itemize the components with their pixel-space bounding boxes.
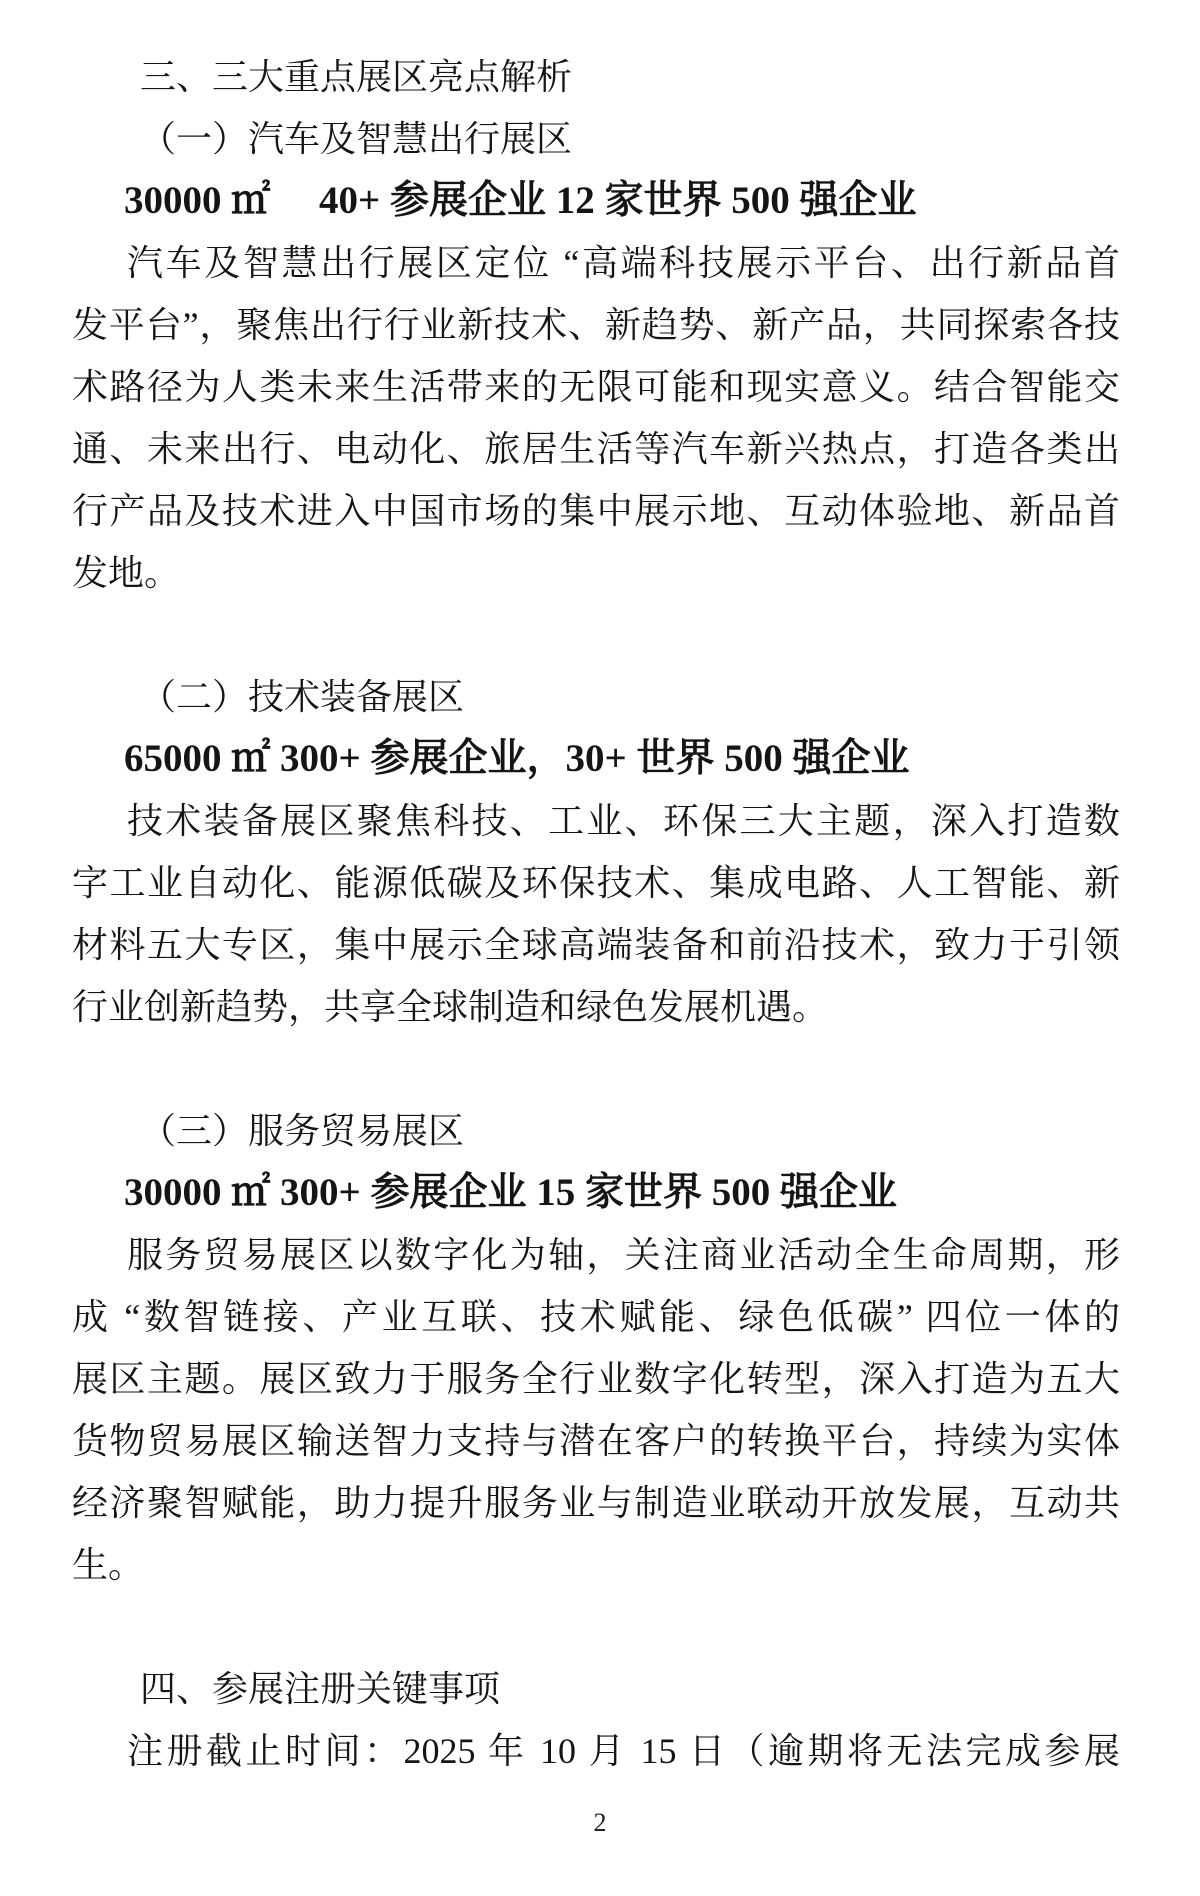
text-line: （二）技术装备展区 [72,666,1120,728]
text-line: 四、参展注册关键事项 [72,1658,1120,1720]
text-line: （三）服务贸易展区 [72,1100,1120,1162]
text-line: （一）汽车及智慧出行展区 [72,108,1120,170]
text-line: 发地。 [72,542,1120,604]
text-line: 65000 ㎡ 300+ 参展企业，30+ 世界 500 强企业 [72,728,1120,790]
text-line: 技术装备展区聚焦科技、工业、环保三大主题，深入打造数 [72,790,1120,852]
text-line: 材料五大专区，集中展示全球高端装备和前沿技术，致力于引领 [72,914,1120,976]
text-line: 注册截止时间：2025 年 10 月 15 日（逾期将无法完成参展 [72,1720,1120,1782]
text-line: 行产品及技术进入中国市场的集中展示地、互动体验地、新品首 [72,480,1120,542]
text-line: 三、三大重点展区亮点解析 [72,46,1120,108]
document-body: 三、三大重点展区亮点解析（一）汽车及智慧出行展区30000 ㎡ 40+ 参展企业… [72,46,1120,1782]
blank-line [72,1038,1120,1100]
text-line: 服务贸易展区以数字化为轴，关注商业活动全生命周期，形 [72,1224,1120,1286]
text-line: 展区主题。展区致力于服务全行业数字化转型，深入打造为五大 [72,1348,1120,1410]
text-line: 行业创新趋势，共享全球制造和绿色发展机遇。 [72,976,1120,1038]
text-line: 汽车及智慧出行展区定位 “高端科技展示平台、出行新品首 [72,232,1120,294]
text-line: 字工业自动化、能源低碳及环保技术、集成电路、人工智能、新 [72,852,1120,914]
blank-line [72,1596,1120,1658]
text-line: 货物贸易展区输送智力支持与潜在客户的转换平台，持续为实体 [72,1410,1120,1472]
text-line: 成 “数智链接、产业互联、技术赋能、绿色低碳” 四位一体的 [72,1286,1120,1348]
page-number: 2 [0,1808,1200,1838]
text-line: 发平台”，聚焦出行行业新技术、新趋势、新产品，共同探索各技 [72,294,1120,356]
blank-line [72,604,1120,666]
text-line: 术路径为人类未来生活带来的无限可能和现实意义。结合智能交 [72,356,1120,418]
text-line: 经济聚智赋能，助力提升服务业与制造业联动开放发展，互动共 [72,1472,1120,1534]
text-line: 生。 [72,1534,1120,1596]
text-line: 30000 ㎡ 40+ 参展企业 12 家世界 500 强企业 [72,170,1120,232]
text-line: 通、未来出行、电动化、旅居生活等汽车新兴热点，打造各类出 [72,418,1120,480]
document-page: 三、三大重点展区亮点解析（一）汽车及智慧出行展区30000 ㎡ 40+ 参展企业… [0,0,1200,1896]
text-line: 30000 ㎡ 300+ 参展企业 15 家世界 500 强企业 [72,1162,1120,1224]
